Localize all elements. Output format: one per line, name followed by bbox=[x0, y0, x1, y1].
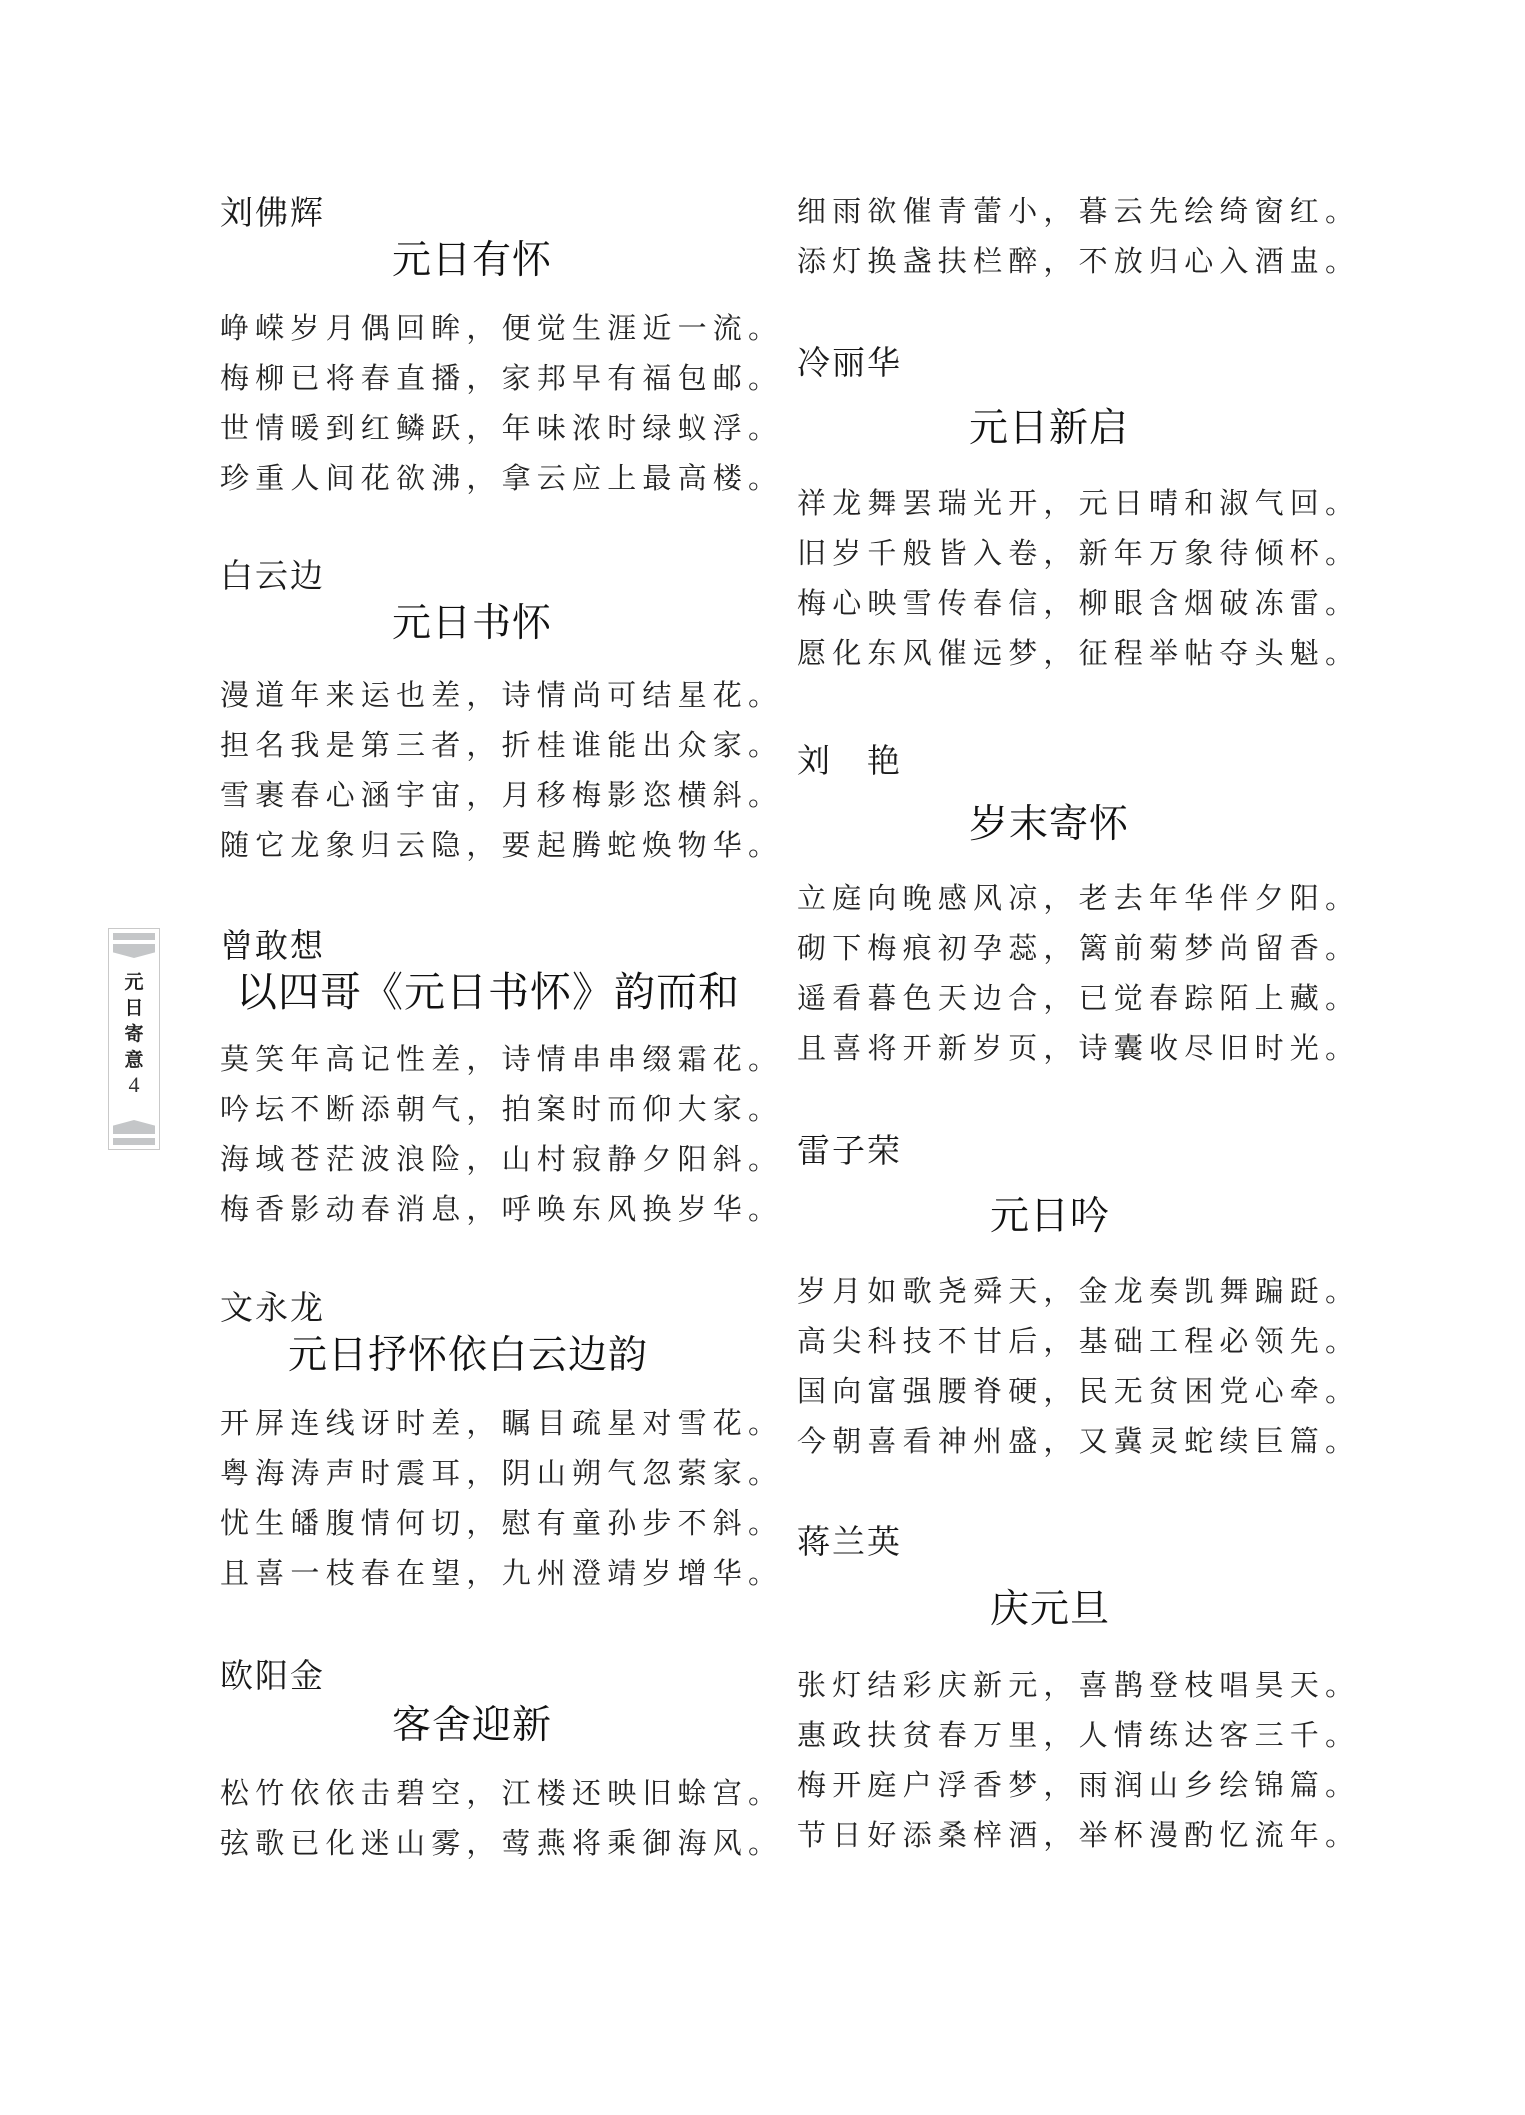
poem-lines: 峥嵘岁月偶回眸，便觉生涯近一流。 梅柳已将春直播，家邦早有福包邮。 世情暖到红鳞… bbox=[220, 303, 783, 503]
poem-title: 元日抒怀依白云边韵 bbox=[288, 1334, 648, 1378]
poem-author: 文永龙 bbox=[220, 1290, 325, 1326]
poem-lines: 细雨欲催青蕾小，暮云先绘绮窗红。 添灯换盏扶栏醉，不放归心入酒盅。 bbox=[797, 186, 1360, 286]
poem-line: 忧生皤腹情何切，慰有童孙步不斜。 bbox=[220, 1498, 783, 1548]
poem-line: 随它龙象归云隐，要起腾蛇焕物华。 bbox=[220, 820, 783, 870]
poem-line: 高尖科技不甘后，基础工程必领先。 bbox=[797, 1316, 1360, 1366]
magazine-page: 元 日 寄 意 4 刘佛辉 元日有怀 峥嵘岁月偶回眸，便觉生涯近一流。 梅柳已将… bbox=[0, 0, 1525, 2115]
poem-title: 元日吟 bbox=[990, 1195, 1110, 1239]
poem-author: 蒋兰英 bbox=[797, 1524, 902, 1560]
poem-title: 元日书怀 bbox=[392, 602, 552, 646]
poem-author: 刘佛辉 bbox=[220, 195, 325, 231]
tab-top-chevron-icon bbox=[113, 944, 155, 958]
poem-line: 砌下梅痕初孕蕊，篱前菊梦尚留香。 bbox=[797, 923, 1360, 973]
poem-continuation: 细雨欲催青蕾小，暮云先绘绮窗红。 添灯换盏扶栏醉，不放归心入酒盅。 bbox=[797, 186, 1337, 296]
poem-lines: 立庭向晚感风凉，老去年华伴夕阳。 砌下梅痕初孕蕊，篱前菊梦尚留香。 遥看暮色天边… bbox=[797, 873, 1360, 1073]
poem-block: 刘佛辉 元日有怀 峥嵘岁月偶回眸，便觉生涯近一流。 梅柳已将春直播，家邦早有福包… bbox=[220, 195, 760, 525]
poem-line: 梅柳已将春直播，家邦早有福包邮。 bbox=[220, 353, 783, 403]
tab-bottom-chevron-icon bbox=[113, 1120, 155, 1134]
poem-lines: 莫笑年高记性差，诗情串串缀霜花。 吟坛不断添朝气，拍案时而仰大家。 海域苍茫波浪… bbox=[220, 1034, 783, 1234]
poem-line: 雪裹春心涵宇宙，月移梅影恣横斜。 bbox=[220, 770, 783, 820]
poem-line: 旧岁千般皆入卷，新年万象待倾杯。 bbox=[797, 528, 1360, 578]
poem-line: 珍重人间花欲沸，拿云应上最高楼。 bbox=[220, 453, 783, 503]
poem-line: 遥看暮色天边合，已觉春踪陌上藏。 bbox=[797, 973, 1360, 1023]
poem-title: 岁末寄怀 bbox=[969, 803, 1129, 847]
poem-lines: 张灯结彩庆新元，喜鹊登枝唱昊天。 惠政扶贫春万里，人情练达客三千。 梅开庭户浮香… bbox=[797, 1660, 1360, 1860]
poem-line: 且喜一枝春在望，九州澄靖岁增华。 bbox=[220, 1548, 783, 1598]
poem-line: 且喜将开新岁页，诗囊收尽旧时光。 bbox=[797, 1023, 1360, 1073]
section-char: 意 bbox=[109, 1047, 159, 1073]
poem-block: 雷子荣 元日吟 岁月如歌尧舜天，金龙奏凯舞蹁跹。 高尖科技不甘后，基础工程必领先… bbox=[797, 1133, 1337, 1473]
poem-line: 海域苍茫波浪险，山村寂静夕阳斜。 bbox=[220, 1134, 783, 1184]
poem-line: 世情暖到红鳞跃，年味浓时绿蚁浮。 bbox=[220, 403, 783, 453]
poem-line: 祥龙舞罢瑞光开，元日晴和淑气回。 bbox=[797, 478, 1360, 528]
poem-author: 白云边 bbox=[220, 558, 325, 594]
poem-author: 欧阳金 bbox=[220, 1658, 325, 1694]
poem-author: 冷丽华 bbox=[797, 345, 902, 381]
poem-title: 元日有怀 bbox=[392, 239, 552, 283]
section-char: 元 bbox=[109, 969, 159, 995]
page-number: 4 bbox=[109, 1072, 159, 1098]
poem-line: 节日好添桑梓酒，举杯漫酌忆流年。 bbox=[797, 1810, 1360, 1860]
tab-top-bar-decoration bbox=[113, 933, 155, 940]
section-page-tab: 元 日 寄 意 4 bbox=[108, 928, 160, 1150]
poem-block: 曾敢想 以四哥《元日书怀》韵而和 莫笑年高记性差，诗情串串缀霜花。 吟坛不断添朝… bbox=[220, 928, 760, 1258]
poem-block: 欧阳金 客舍迎新 松竹依依击碧空，江楼还映旧蜍宫。 弦歌已化迷山雾，莺燕将乘御海… bbox=[220, 1658, 760, 1878]
poem-line: 添灯换盏扶栏醉，不放归心入酒盅。 bbox=[797, 236, 1360, 286]
section-name-vertical: 元 日 寄 意 bbox=[109, 969, 159, 1073]
poem-lines: 松竹依依击碧空，江楼还映旧蜍宫。 弦歌已化迷山雾，莺燕将乘御海风。 bbox=[220, 1768, 783, 1868]
poem-line: 惠政扶贫春万里，人情练达客三千。 bbox=[797, 1710, 1360, 1760]
poem-title: 以四哥《元日书怀》韵而和 bbox=[236, 970, 740, 1014]
poem-author: 雷子荣 bbox=[797, 1133, 902, 1169]
poem-line: 岁月如歌尧舜天，金龙奏凯舞蹁跹。 bbox=[797, 1266, 1360, 1316]
poem-line: 今朝喜看神州盛，又冀灵蛇续巨篇。 bbox=[797, 1416, 1360, 1466]
poem-block: 文永龙 元日抒怀依白云边韵 开屏连线讶时差，瞩目疏星对雪花。 粤海涛声时震耳，阴… bbox=[220, 1290, 760, 1620]
poem-block: 白云边 元日书怀 漫道年来运也差，诗情尚可结星花。 担名我是第三者，折桂谁能出众… bbox=[220, 558, 760, 888]
poem-line: 漫道年来运也差，诗情尚可结星花。 bbox=[220, 670, 783, 720]
poem-lines: 祥龙舞罢瑞光开，元日晴和淑气回。 旧岁千般皆入卷，新年万象待倾杯。 梅心映雪传春… bbox=[797, 478, 1360, 678]
tab-bottom-bar-decoration bbox=[113, 1138, 155, 1145]
poem-line: 松竹依依击碧空，江楼还映旧蜍宫。 bbox=[220, 1768, 783, 1818]
poem-title: 庆元旦 bbox=[990, 1588, 1110, 1632]
poem-line: 弦歌已化迷山雾，莺燕将乘御海风。 bbox=[220, 1818, 783, 1868]
poem-lines: 漫道年来运也差，诗情尚可结星花。 担名我是第三者，折桂谁能出众家。 雪裹春心涵宇… bbox=[220, 670, 783, 870]
poem-line: 莫笑年高记性差，诗情串串缀霜花。 bbox=[220, 1034, 783, 1084]
poem-line: 张灯结彩庆新元，喜鹊登枝唱昊天。 bbox=[797, 1660, 1360, 1710]
poem-author: 刘 艳 bbox=[797, 743, 902, 779]
poem-line: 国向富强腰脊硬，民无贫困党心牵。 bbox=[797, 1366, 1360, 1416]
poem-line: 峥嵘岁月偶回眸，便觉生涯近一流。 bbox=[220, 303, 783, 353]
poem-line: 立庭向晚感风凉，老去年华伴夕阳。 bbox=[797, 873, 1360, 923]
poem-title: 客舍迎新 bbox=[392, 1704, 552, 1748]
poem-line: 粤海涛声时震耳，阴山朔气忽萦家。 bbox=[220, 1448, 783, 1498]
poem-lines: 岁月如歌尧舜天，金龙奏凯舞蹁跹。 高尖科技不甘后，基础工程必领先。 国向富强腰脊… bbox=[797, 1266, 1360, 1466]
poem-line: 梅香影动春消息，呼唤东风换岁华。 bbox=[220, 1184, 783, 1234]
poem-line: 愿化东风催远梦，征程举帖夺头魁。 bbox=[797, 628, 1360, 678]
poem-line: 开屏连线讶时差，瞩目疏星对雪花。 bbox=[220, 1398, 783, 1448]
poem-block: 冷丽华 元日新启 祥龙舞罢瑞光开，元日晴和淑气回。 旧岁千般皆入卷，新年万象待倾… bbox=[797, 345, 1337, 685]
poem-lines: 开屏连线讶时差，瞩目疏星对雪花。 粤海涛声时震耳，阴山朔气忽萦家。 忧生皤腹情何… bbox=[220, 1398, 783, 1598]
poem-line: 吟坛不断添朝气，拍案时而仰大家。 bbox=[220, 1084, 783, 1134]
poem-line: 细雨欲催青蕾小，暮云先绘绮窗红。 bbox=[797, 186, 1360, 236]
poem-title: 元日新启 bbox=[969, 407, 1129, 451]
poem-block: 刘 艳 岁末寄怀 立庭向晚感风凉，老去年华伴夕阳。 砌下梅痕初孕蕊，篱前菊梦尚留… bbox=[797, 743, 1337, 1083]
section-char: 日 bbox=[109, 995, 159, 1021]
poem-line: 担名我是第三者，折桂谁能出众家。 bbox=[220, 720, 783, 770]
poem-line: 梅心映雪传春信，柳眼含烟破冻雷。 bbox=[797, 578, 1360, 628]
poem-author: 曾敢想 bbox=[220, 928, 325, 964]
section-char: 寄 bbox=[109, 1021, 159, 1047]
poem-line: 梅开庭户浮香梦，雨润山乡绘锦篇。 bbox=[797, 1760, 1360, 1810]
poem-block: 蒋兰英 庆元旦 张灯结彩庆新元，喜鹊登枝唱昊天。 惠政扶贫春万里，人情练达客三千… bbox=[797, 1524, 1337, 1864]
